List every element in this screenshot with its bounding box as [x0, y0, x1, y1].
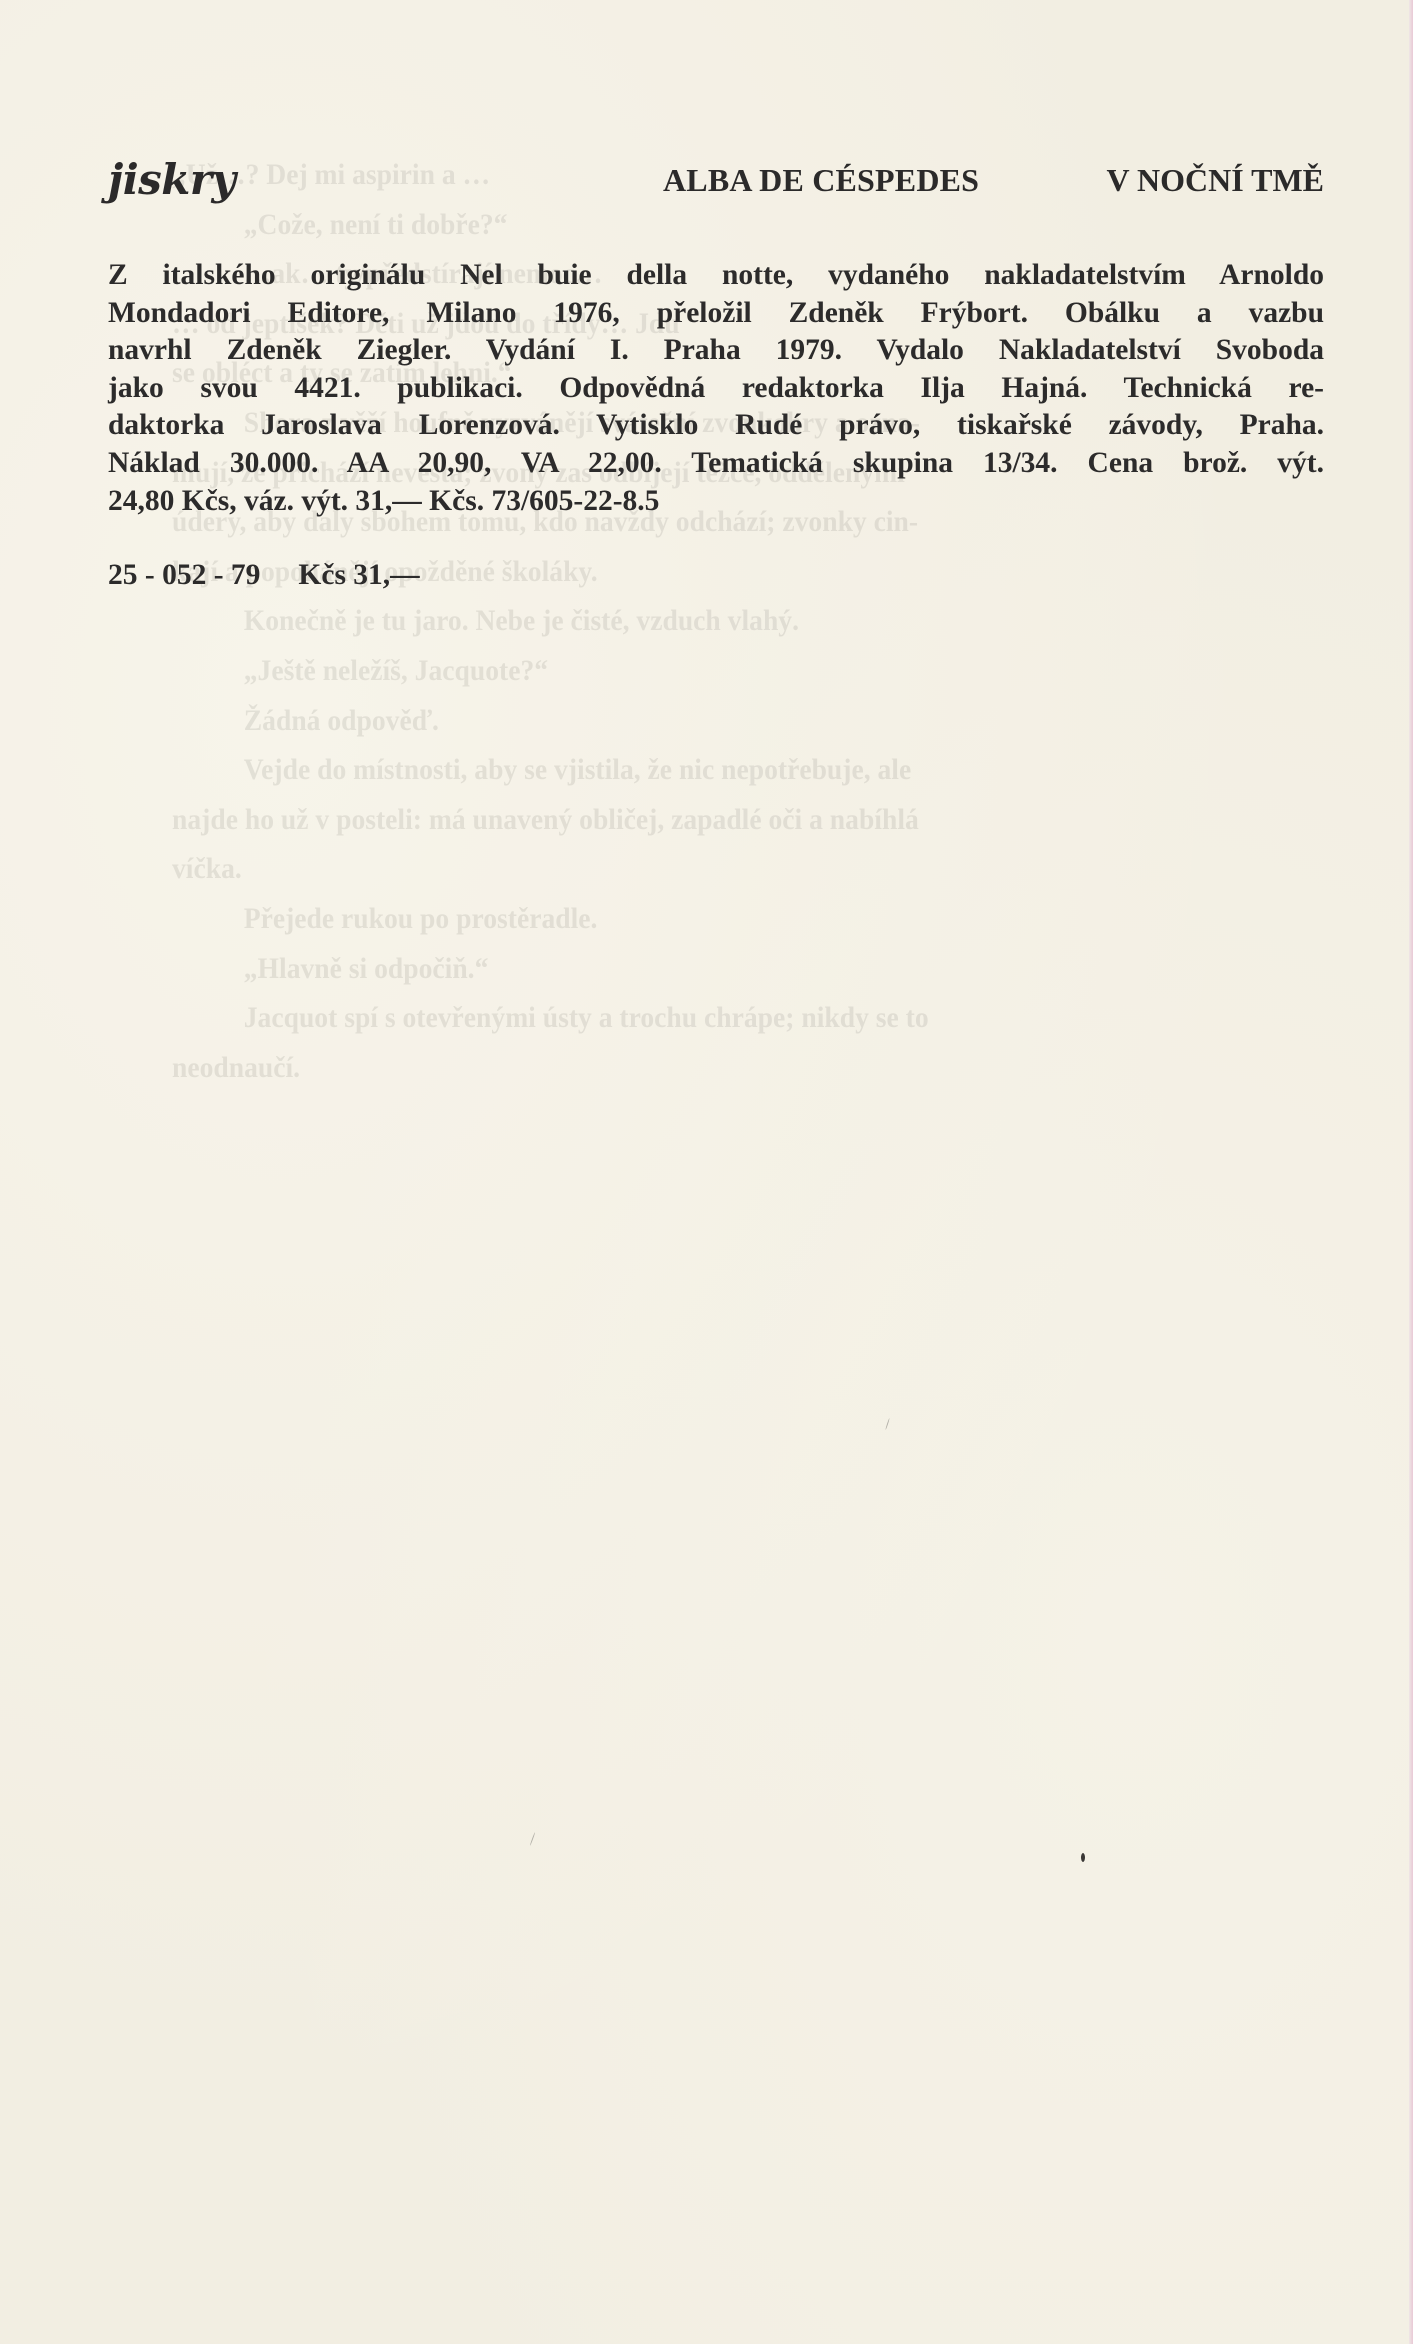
imprint-line: Náklad 30.000. AA 20,90, VA 22,00. Temat…	[108, 445, 1324, 483]
paper-speck	[530, 1832, 536, 1845]
imprint-line: jako svou 4421. publikaci. Odpovědná red…	[108, 370, 1324, 408]
book-page: „Už…? Dej mi aspirin a …„Cože, není ti d…	[0, 0, 1413, 2344]
show-through-line: Přejede rukou po prostěradle.	[172, 894, 1216, 944]
show-through-line: Vejde do místnosti, aby se vjistila, že …	[172, 745, 1216, 795]
imprint-line: 24,80 Kčs, váz. výt. 31,— Kčs. 73/605-22…	[108, 483, 1324, 521]
show-through-line: víčka.	[172, 844, 1216, 894]
catalog-line: 25 - 052 - 79Kčs 31,—	[108, 556, 420, 594]
series-name: jiskry	[108, 150, 235, 210]
show-through-line: neodnaučí.	[172, 1043, 1216, 1093]
show-through-line: Žádná odpověď.	[172, 696, 1216, 746]
imprint-line: navrhl Zdeněk Ziegler. Vydání I. Praha 1…	[108, 332, 1324, 370]
imprint-paragraph: Z italského originálu Nel buie della not…	[108, 257, 1324, 520]
show-through-line: Konečně je tu jaro. Nebe je čisté, vzduc…	[172, 596, 1216, 646]
paper-speck	[1081, 1853, 1085, 1862]
page-edge	[1409, 0, 1413, 2344]
price: Kčs 31,—	[298, 559, 419, 591]
author-name: ALBA DE CÉSPEDES	[663, 158, 979, 202]
show-through-line: „Ještě neležíš, Jacquote?“	[172, 646, 1216, 696]
catalog-number: 25 - 052 - 79	[108, 559, 260, 591]
book-title: V NOČNÍ TMĚ	[1106, 158, 1324, 202]
imprint-line: daktorka Jaroslava Lorenzová. Vytisklo R…	[108, 407, 1324, 445]
show-through-line: Jacquot spí s otevřenými ústy a trochu c…	[172, 993, 1216, 1043]
show-through-line: „Hlavně si odpočiň.“	[172, 944, 1216, 994]
paper-speck	[885, 1418, 890, 1430]
imprint-line: Mondadori Editore, Milano 1976, přeložil…	[108, 295, 1324, 333]
page-header: jiskry ALBA DE CÉSPEDES V NOČNÍ TMĚ	[108, 150, 1324, 210]
imprint-line: Z italského originálu Nel buie della not…	[108, 257, 1324, 295]
show-through-line: najde ho už v posteli: má unavený obliče…	[172, 795, 1216, 845]
